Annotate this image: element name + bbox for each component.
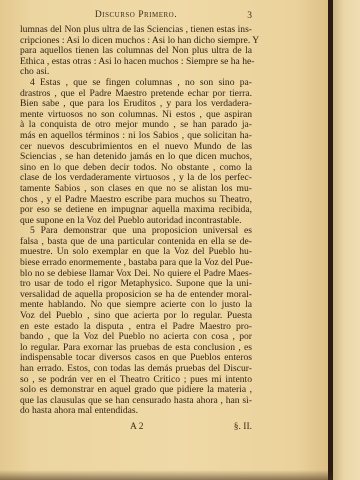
- text-line: han errado. Estos, con todas las demás p…: [20, 364, 252, 375]
- page-header: Discurso Primero. 3: [20, 10, 252, 24]
- body-text: lumnas del Non plus ultra de las Scienci…: [20, 25, 252, 417]
- text-line: 4 Estas , que se fingen columnas , no so…: [20, 78, 252, 89]
- page-bottom-shadow: [0, 470, 333, 480]
- facing-page-edge: [333, 0, 360, 480]
- text-line: lumnas del Non plus ultra de las Scienci…: [20, 25, 252, 36]
- signature-mark: A 2: [130, 422, 143, 432]
- book-page: Discurso Primero. 3 lumnas del Non plus …: [0, 0, 328, 480]
- text-line: Ethica , estas otras : Asi lo hacen much…: [20, 57, 252, 68]
- running-head: Discurso Primero.: [20, 10, 252, 20]
- catchword: §. II.: [234, 422, 252, 432]
- page-footer: A 2 §. II.: [20, 422, 252, 436]
- text-line: más en aquellos términos : ni los Sabios…: [20, 131, 252, 142]
- page-number: 3: [247, 11, 252, 21]
- text-line: tamente Sabios , son clases en que no se…: [20, 184, 252, 195]
